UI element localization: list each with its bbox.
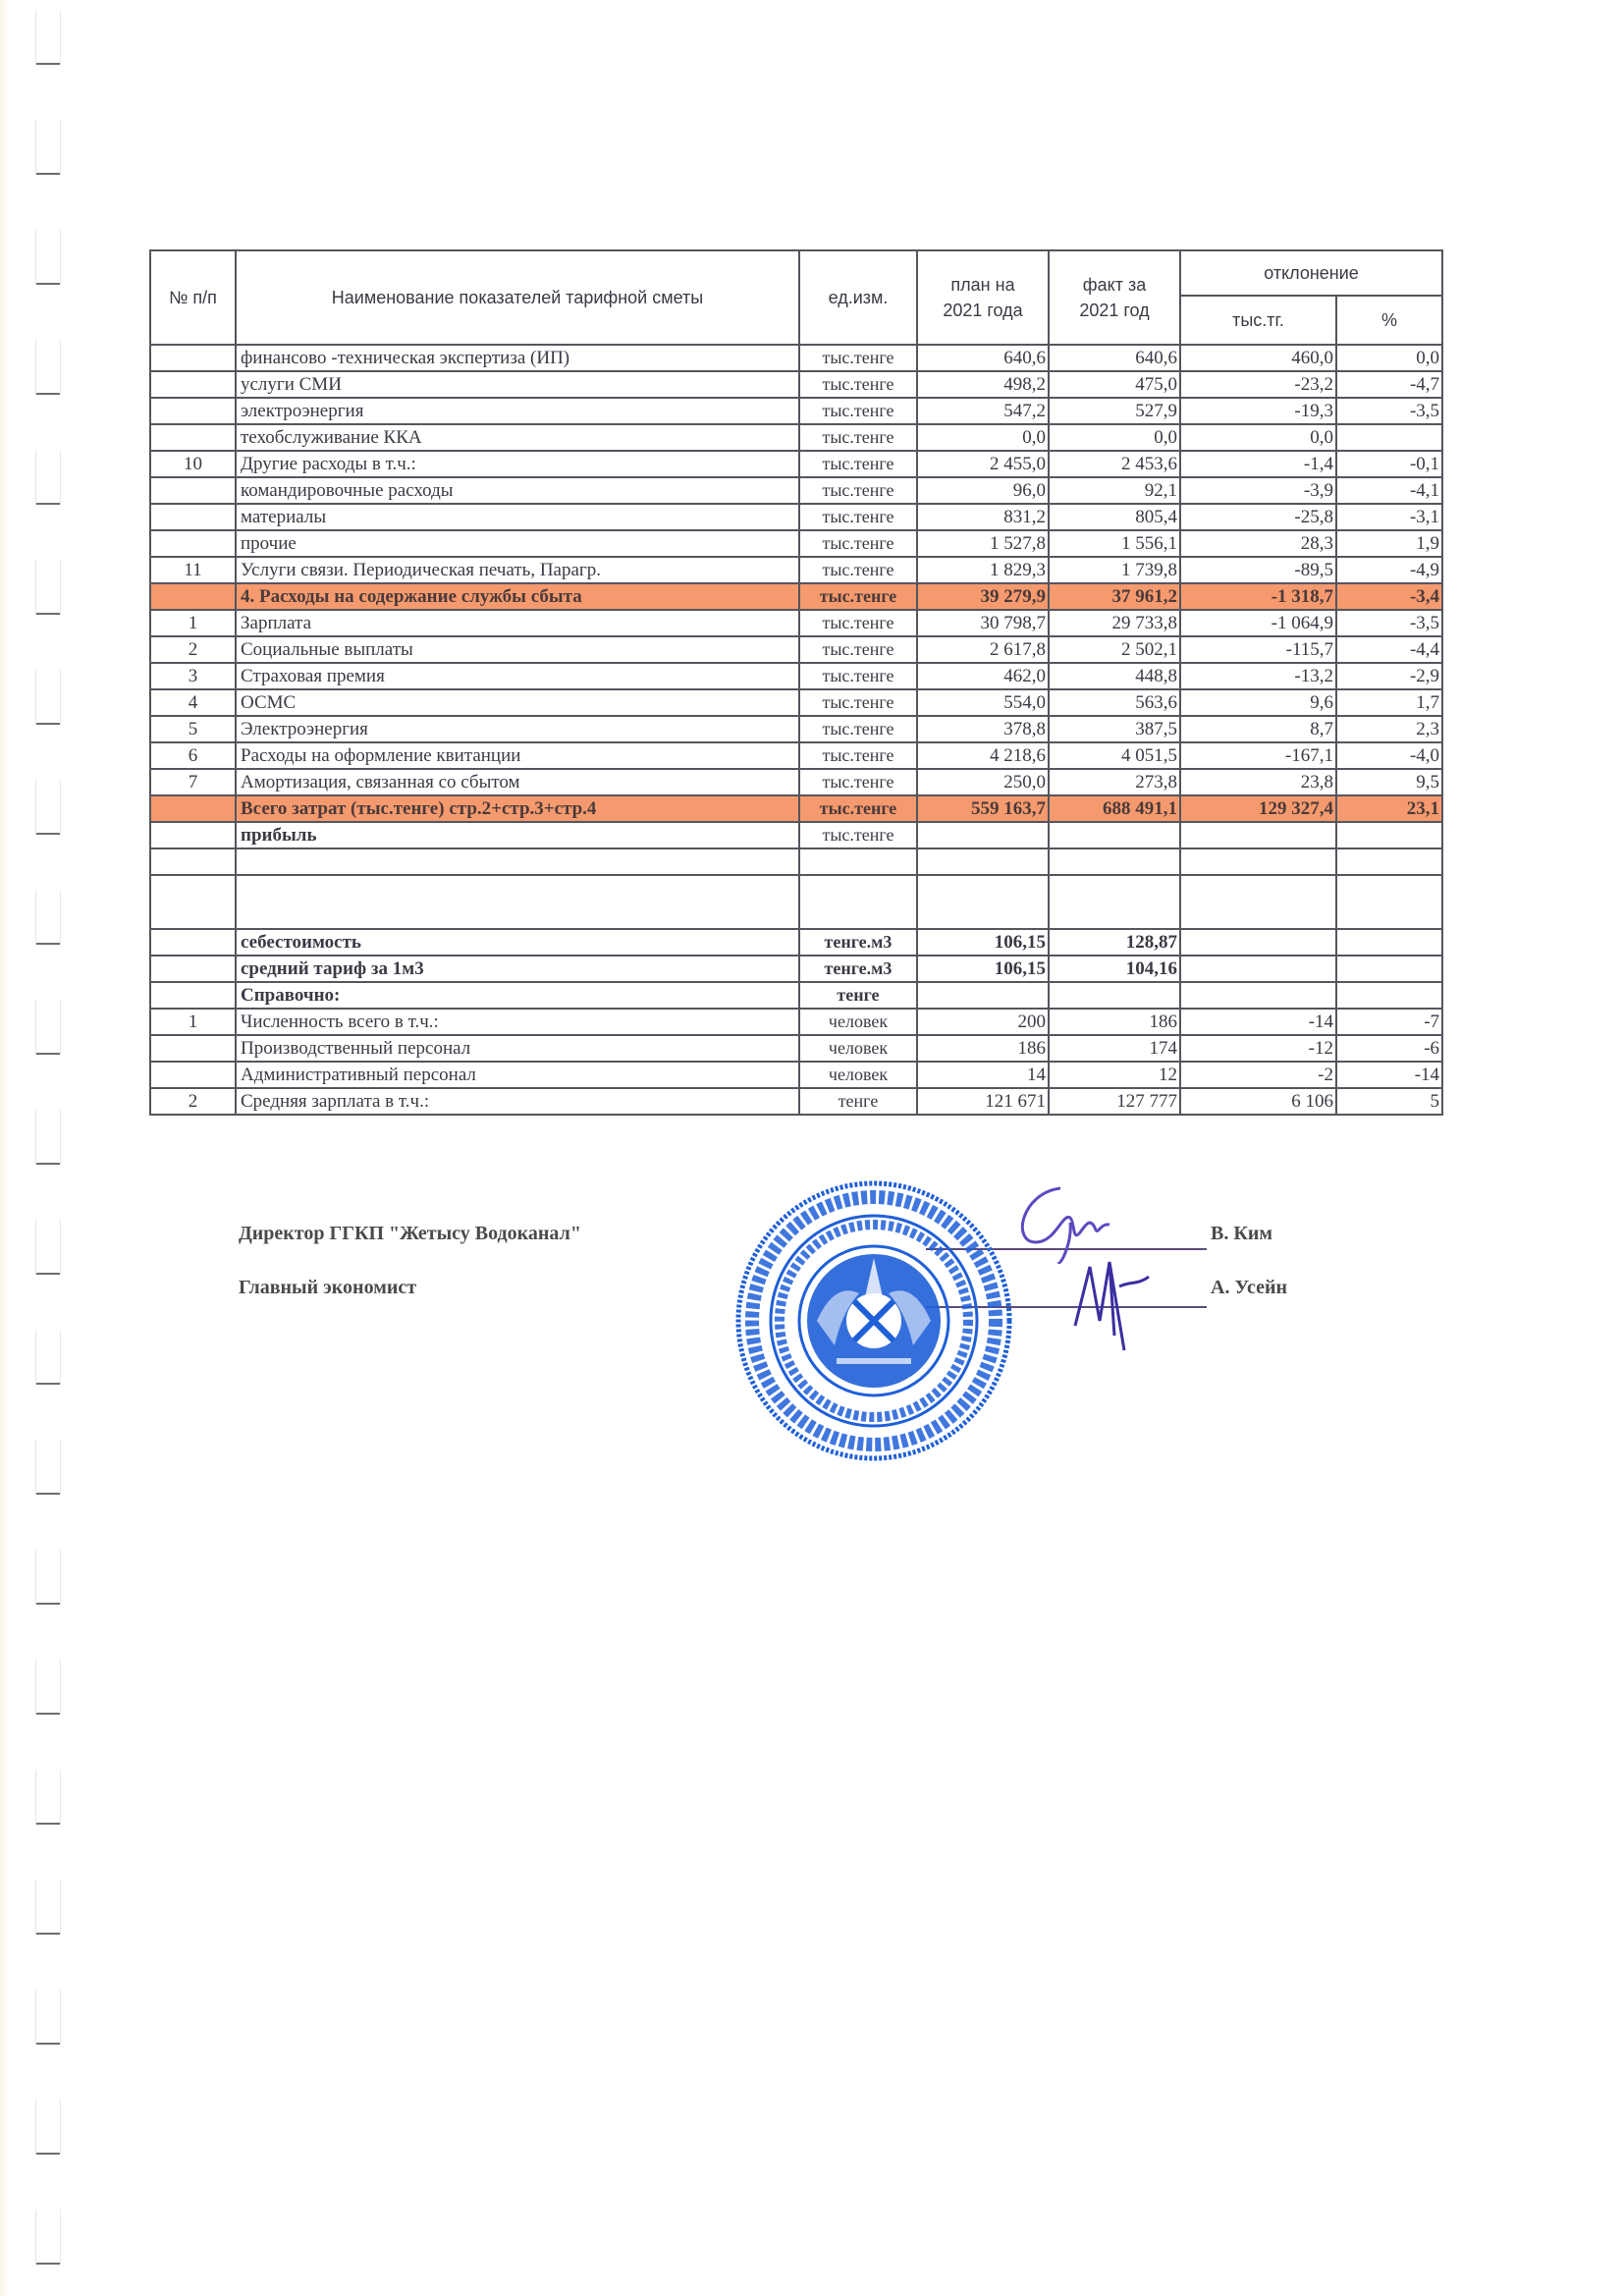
row-dev-abs: 129 327,4 — [1180, 795, 1336, 822]
table-row: 1Численность всего в т.ч.:человек200186-… — [150, 1009, 1442, 1035]
row-fact: 128,87 — [1049, 929, 1180, 956]
row-dev-pct — [1336, 848, 1442, 875]
row-plan: 14 — [917, 1062, 1049, 1088]
row-num — [150, 398, 236, 424]
row-plan: 831,2 — [917, 504, 1049, 530]
row-plan: 559 163,7 — [917, 795, 1049, 822]
row-fact: 2 453,6 — [1049, 451, 1180, 477]
row-unit: тенге.м3 — [799, 956, 917, 982]
row-dev-pct — [1336, 822, 1442, 848]
row-num — [150, 822, 236, 848]
row-name: прибыль — [236, 822, 799, 848]
binding-mark — [35, 10, 61, 65]
table-row: 7Амортизация, связанная со сбытомтыс.тен… — [150, 769, 1442, 795]
row-fact: 387,5 — [1049, 716, 1180, 742]
row-name: Производственный персонал — [236, 1035, 799, 1062]
row-unit: тыс.тенге — [799, 557, 917, 583]
binding-mark — [35, 1330, 61, 1385]
row-fact: 0,0 — [1049, 424, 1180, 451]
binding-mark — [35, 1770, 61, 1825]
header-row: № п/п Наименование показателей тарифной … — [150, 250, 1442, 296]
header-plan-text: план на 2021 года — [922, 272, 1044, 323]
row-plan: 30 798,7 — [917, 610, 1049, 636]
row-unit: человек — [799, 1009, 917, 1035]
row-dev-abs: -25,8 — [1180, 504, 1336, 530]
row-plan — [917, 982, 1049, 1009]
table-row: 2Средняя зарплата в т.ч.:тенге121 671127… — [150, 1088, 1442, 1115]
binding-mark — [35, 1440, 61, 1495]
row-fact: 92,1 — [1049, 477, 1180, 504]
row-dev-pct: -4,9 — [1336, 557, 1442, 583]
row-fact: 174 — [1049, 1035, 1180, 1062]
row-name: Всего затрат (тыс.тенге) стр.2+стр.3+стр… — [236, 795, 799, 822]
row-dev-pct: -0,1 — [1336, 451, 1442, 477]
row-num: 10 — [150, 451, 236, 477]
table-row: 3Страховая премиятыс.тенге462,0448,8-13,… — [150, 663, 1442, 689]
binding-mark — [35, 230, 61, 285]
table-row: услуги СМИтыс.тенге498,2475,0-23,2-4,7 — [150, 371, 1442, 398]
row-dev-abs — [1180, 929, 1336, 956]
header-deviation: отклонение — [1180, 250, 1442, 296]
header-unit: ед.изм. — [799, 250, 917, 345]
page-edge — [0, 0, 10, 2296]
row-plan: 640,6 — [917, 345, 1049, 371]
row-fact: 1 556,1 — [1049, 530, 1180, 557]
header-dev-pct: % — [1336, 296, 1442, 345]
economist-signature-icon — [1065, 1247, 1154, 1355]
row-name — [236, 848, 799, 875]
row-unit: тенге.м3 — [799, 929, 917, 956]
row-plan: 2 617,8 — [917, 636, 1049, 663]
header-name: Наименование показателей тарифной сметы — [236, 250, 799, 345]
row-plan: 1 527,8 — [917, 530, 1049, 557]
row-num: 1 — [150, 1009, 236, 1035]
header-dev-abs: тыс.тг. — [1180, 296, 1336, 345]
row-num — [150, 424, 236, 451]
row-plan — [917, 822, 1049, 848]
row-dev-pct: -2,9 — [1336, 663, 1442, 689]
row-dev-abs: -167,1 — [1180, 742, 1336, 769]
row-name: средний тариф за 1м3 — [236, 956, 799, 982]
row-dev-abs: 9,6 — [1180, 689, 1336, 716]
row-dev-abs: 28,3 — [1180, 530, 1336, 557]
row-dev-abs: 8,7 — [1180, 716, 1336, 742]
row-name: Справочно: — [236, 982, 799, 1009]
row-plan: 106,15 — [917, 929, 1049, 956]
row-unit: тыс.тенге — [799, 504, 917, 530]
row-name: финансово -техническая экспертиза (ИП) — [236, 345, 799, 371]
row-dev-abs: 23,8 — [1180, 769, 1336, 795]
row-name: Средняя зарплата в т.ч.: — [236, 1088, 799, 1115]
row-fact: 29 733,8 — [1049, 610, 1180, 636]
row-plan: 39 279,9 — [917, 583, 1049, 610]
binding-mark — [35, 1220, 61, 1275]
row-unit: тыс.тенге — [799, 477, 917, 504]
row-dev-pct — [1336, 929, 1442, 956]
table-body: финансово -техническая экспертиза (ИП)ты… — [150, 345, 1442, 1115]
table-row — [150, 875, 1442, 929]
row-dev-pct: 0,0 — [1336, 345, 1442, 371]
row-name: материалы — [236, 504, 799, 530]
row-plan: 186 — [917, 1035, 1049, 1062]
binding-mark — [35, 450, 61, 505]
row-fact: 688 491,1 — [1049, 795, 1180, 822]
row-plan: 2 455,0 — [917, 451, 1049, 477]
row-name: 4. Расходы на содержание службы сбыта — [236, 583, 799, 610]
table-row: 1Зарплататыс.тенге30 798,729 733,8-1 064… — [150, 610, 1442, 636]
row-name: себестоимость — [236, 929, 799, 956]
row-fact: 475,0 — [1049, 371, 1180, 398]
row-plan: 106,15 — [917, 956, 1049, 982]
row-num — [150, 795, 236, 822]
row-name: Другие расходы в т.ч.: — [236, 451, 799, 477]
header-plan: план на 2021 года — [917, 250, 1049, 345]
row-dev-pct — [1336, 875, 1442, 929]
row-dev-abs — [1180, 848, 1336, 875]
row-name: техобслуживание ККА — [236, 424, 799, 451]
table-row: Административный персоналчеловек1412-2-1… — [150, 1062, 1442, 1088]
row-unit: тыс.тенге — [799, 424, 917, 451]
row-name: прочие — [236, 530, 799, 557]
row-name: Численность всего в т.ч.: — [236, 1009, 799, 1035]
table-row: электроэнергиятыс.тенге547,2527,9-19,3-3… — [150, 398, 1442, 424]
row-fact — [1049, 822, 1180, 848]
economist-title: Главный экономист — [239, 1277, 416, 1299]
row-num — [150, 875, 236, 929]
binding-mark — [35, 560, 61, 615]
header-num: № п/п — [150, 250, 236, 345]
row-dev-abs — [1180, 822, 1336, 848]
row-dev-pct: -3,5 — [1336, 398, 1442, 424]
binding-mark — [35, 1000, 61, 1055]
row-unit: тыс.тенге — [799, 583, 917, 610]
row-plan: 498,2 — [917, 371, 1049, 398]
row-name: ОСМС — [236, 689, 799, 716]
row-name: электроэнергия — [236, 398, 799, 424]
table-row: 5Электроэнергиятыс.тенге378,8387,58,72,3 — [150, 716, 1442, 742]
table-row: 4ОСМСтыс.тенге554,0563,69,61,7 — [150, 689, 1442, 716]
row-unit: тыс.тенге — [799, 689, 917, 716]
row-dev-abs: -14 — [1180, 1009, 1336, 1035]
binding-mark — [35, 1990, 61, 2045]
row-unit: тыс.тенге — [799, 451, 917, 477]
row-dev-pct: 1,7 — [1336, 689, 1442, 716]
row-name — [236, 875, 799, 929]
row-dev-pct: 5 — [1336, 1088, 1442, 1115]
binding-mark — [35, 2100, 61, 2155]
row-unit: тыс.тенге — [799, 795, 917, 822]
row-dev-pct: -4,1 — [1336, 477, 1442, 504]
row-fact: 805,4 — [1049, 504, 1180, 530]
row-dev-abs: -1,4 — [1180, 451, 1336, 477]
table-row: Всего затрат (тыс.тенге) стр.2+стр.3+стр… — [150, 795, 1442, 822]
official-stamp-icon — [727, 1174, 1021, 1468]
row-plan: 462,0 — [917, 663, 1049, 689]
row-dev-pct: -7 — [1336, 1009, 1442, 1035]
row-dev-abs: -19,3 — [1180, 398, 1336, 424]
binding-mark — [35, 1550, 61, 1605]
row-dev-pct: -4,0 — [1336, 742, 1442, 769]
row-fact: 4 051,5 — [1049, 742, 1180, 769]
row-dev-pct: 1,9 — [1336, 530, 1442, 557]
row-num — [150, 371, 236, 398]
row-unit: тыс.тенге — [799, 716, 917, 742]
row-plan: 554,0 — [917, 689, 1049, 716]
row-fact: 186 — [1049, 1009, 1180, 1035]
row-dev-abs: -13,2 — [1180, 663, 1336, 689]
row-dev-pct: -14 — [1336, 1062, 1442, 1088]
row-unit: тыс.тенге — [799, 822, 917, 848]
row-plan: 200 — [917, 1009, 1049, 1035]
row-plan — [917, 848, 1049, 875]
row-unit: тыс.тенге — [799, 398, 917, 424]
row-num — [150, 530, 236, 557]
row-num — [150, 477, 236, 504]
row-num: 4 — [150, 689, 236, 716]
row-dev-pct: -4,7 — [1336, 371, 1442, 398]
row-name: Амортизация, связанная со сбытом — [236, 769, 799, 795]
table-row: финансово -техническая экспертиза (ИП)ты… — [150, 345, 1442, 371]
binding-mark — [35, 1110, 61, 1165]
binding-mark — [35, 780, 61, 835]
row-dev-abs — [1180, 875, 1336, 929]
row-unit: тенге — [799, 982, 917, 1009]
binding-mark — [35, 890, 61, 945]
table-row: 2Социальные выплатытыс.тенге2 617,82 502… — [150, 636, 1442, 663]
row-dev-abs: 6 106 — [1180, 1088, 1336, 1115]
table-row: 6Расходы на оформление квитанциитыс.тенг… — [150, 742, 1442, 769]
row-fact: 1 739,8 — [1049, 557, 1180, 583]
table-row: прочиетыс.тенге1 527,81 556,128,31,9 — [150, 530, 1442, 557]
row-fact: 12 — [1049, 1062, 1180, 1088]
row-unit: человек — [799, 1062, 917, 1088]
table-row: прибыльтыс.тенге — [150, 822, 1442, 848]
economist-name: А. Усейн — [1211, 1277, 1287, 1299]
row-unit: тыс.тенге — [799, 610, 917, 636]
binding-mark — [35, 1660, 61, 1715]
row-fact: 527,9 — [1049, 398, 1180, 424]
row-dev-pct: -4,4 — [1336, 636, 1442, 663]
row-fact: 448,8 — [1049, 663, 1180, 689]
table-row: 4. Расходы на содержание службы сбытатыс… — [150, 583, 1442, 610]
row-unit: тыс.тенге — [799, 663, 917, 689]
table-row: 10Другие расходы в т.ч.:тыс.тенге2 455,0… — [150, 451, 1442, 477]
row-dev-pct: 2,3 — [1336, 716, 1442, 742]
row-unit: тыс.тенге — [799, 636, 917, 663]
row-plan: 96,0 — [917, 477, 1049, 504]
table-row: Производственный персоналчеловек186174-1… — [150, 1035, 1442, 1062]
tariff-estimate-table: № п/п Наименование показателей тарифной … — [149, 249, 1443, 1116]
row-dev-abs: -115,7 — [1180, 636, 1336, 663]
row-plan: 547,2 — [917, 398, 1049, 424]
row-plan: 121 671 — [917, 1088, 1049, 1115]
row-unit: тыс.тенге — [799, 742, 917, 769]
table-row: себестоимостьтенге.м3106,15128,87 — [150, 929, 1442, 956]
table-row: материалытыс.тенге831,2805,4-25,8-3,1 — [150, 504, 1442, 530]
row-plan — [917, 875, 1049, 929]
row-dev-pct — [1336, 982, 1442, 1009]
row-dev-abs: -23,2 — [1180, 371, 1336, 398]
row-num — [150, 583, 236, 610]
row-fact: 273,8 — [1049, 769, 1180, 795]
row-dev-pct: -3,4 — [1336, 583, 1442, 610]
row-num — [150, 848, 236, 875]
row-dev-abs: -12 — [1180, 1035, 1336, 1062]
row-dev-pct — [1336, 956, 1442, 982]
row-dev-abs: -1 064,9 — [1180, 610, 1336, 636]
row-name: командировочные расходы — [236, 477, 799, 504]
table-row — [150, 848, 1442, 875]
row-dev-abs: -2 — [1180, 1062, 1336, 1088]
row-num: 1 — [150, 610, 236, 636]
row-fact: 640,6 — [1049, 345, 1180, 371]
row-plan: 378,8 — [917, 716, 1049, 742]
row-dev-abs: 460,0 — [1180, 345, 1336, 371]
row-fact: 104,16 — [1049, 956, 1180, 982]
row-dev-abs: 0,0 — [1180, 424, 1336, 451]
row-dev-pct — [1336, 424, 1442, 451]
row-num — [150, 929, 236, 956]
row-unit — [799, 848, 917, 875]
binding-mark — [35, 1880, 61, 1935]
row-unit: тыс.тенге — [799, 530, 917, 557]
row-num — [150, 1035, 236, 1062]
row-dev-pct: -3,1 — [1336, 504, 1442, 530]
row-num — [150, 345, 236, 371]
row-dev-abs: -89,5 — [1180, 557, 1336, 583]
row-dev-abs: -1 318,7 — [1180, 583, 1336, 610]
row-fact — [1049, 848, 1180, 875]
row-dev-pct: -6 — [1336, 1035, 1442, 1062]
row-num — [150, 982, 236, 1009]
row-unit: тыс.тенге — [799, 371, 917, 398]
row-plan: 250,0 — [917, 769, 1049, 795]
row-dev-abs: -3,9 — [1180, 477, 1336, 504]
row-dev-abs — [1180, 982, 1336, 1009]
table-row: Справочно:тенге — [150, 982, 1442, 1009]
binding-mark — [35, 2210, 61, 2265]
row-name: Страховая премия — [236, 663, 799, 689]
row-name: Зарплата — [236, 610, 799, 636]
row-unit: тыс.тенге — [799, 769, 917, 795]
row-num: 2 — [150, 1088, 236, 1115]
row-unit: тенге — [799, 1088, 917, 1115]
row-fact: 127 777 — [1049, 1088, 1180, 1115]
row-dev-pct: 9,5 — [1336, 769, 1442, 795]
row-fact: 2 502,1 — [1049, 636, 1180, 663]
table-row: 11Услуги связи. Периодическая печать, Па… — [150, 557, 1442, 583]
row-fact: 37 961,2 — [1049, 583, 1180, 610]
row-name: Услуги связи. Периодическая печать, Пара… — [236, 557, 799, 583]
row-fact — [1049, 875, 1180, 929]
row-num: 11 — [150, 557, 236, 583]
row-num — [150, 956, 236, 982]
row-name: Социальные выплаты — [236, 636, 799, 663]
table-row: средний тариф за 1м3тенге.м3106,15104,16 — [150, 956, 1442, 982]
row-num: 3 — [150, 663, 236, 689]
row-num: 5 — [150, 716, 236, 742]
binding-mark — [35, 120, 61, 175]
binding-mark — [35, 340, 61, 395]
row-name: Расходы на оформление квитанции — [236, 742, 799, 769]
row-fact: 563,6 — [1049, 689, 1180, 716]
row-num: 2 — [150, 636, 236, 663]
row-unit: человек — [799, 1035, 917, 1062]
row-num — [150, 1062, 236, 1088]
row-num: 7 — [150, 769, 236, 795]
row-dev-pct: -3,5 — [1336, 610, 1442, 636]
row-fact — [1049, 982, 1180, 1009]
director-title: Директор ГГКП "Жетысу Водоканал" — [239, 1223, 581, 1245]
table-row: техобслуживание ККАтыс.тенге0,00,00,0 — [150, 424, 1442, 451]
row-plan: 0,0 — [917, 424, 1049, 451]
binding-mark — [35, 670, 61, 725]
row-num — [150, 504, 236, 530]
row-dev-abs — [1180, 956, 1336, 982]
header-fact-text: факт за 2021 год — [1054, 272, 1175, 323]
row-unit — [799, 875, 917, 929]
row-num: 6 — [150, 742, 236, 769]
row-name: услуги СМИ — [236, 371, 799, 398]
row-plan: 4 218,6 — [917, 742, 1049, 769]
header-fact: факт за 2021 год — [1049, 250, 1180, 345]
director-name: В. Ким — [1211, 1223, 1272, 1245]
row-name: Электроэнергия — [236, 716, 799, 742]
row-plan: 1 829,3 — [917, 557, 1049, 583]
table-row: командировочные расходытыс.тенге96,092,1… — [150, 477, 1442, 504]
row-dev-pct: 23,1 — [1336, 795, 1442, 822]
row-name: Административный персонал — [236, 1062, 799, 1088]
row-unit: тыс.тенге — [799, 345, 917, 371]
